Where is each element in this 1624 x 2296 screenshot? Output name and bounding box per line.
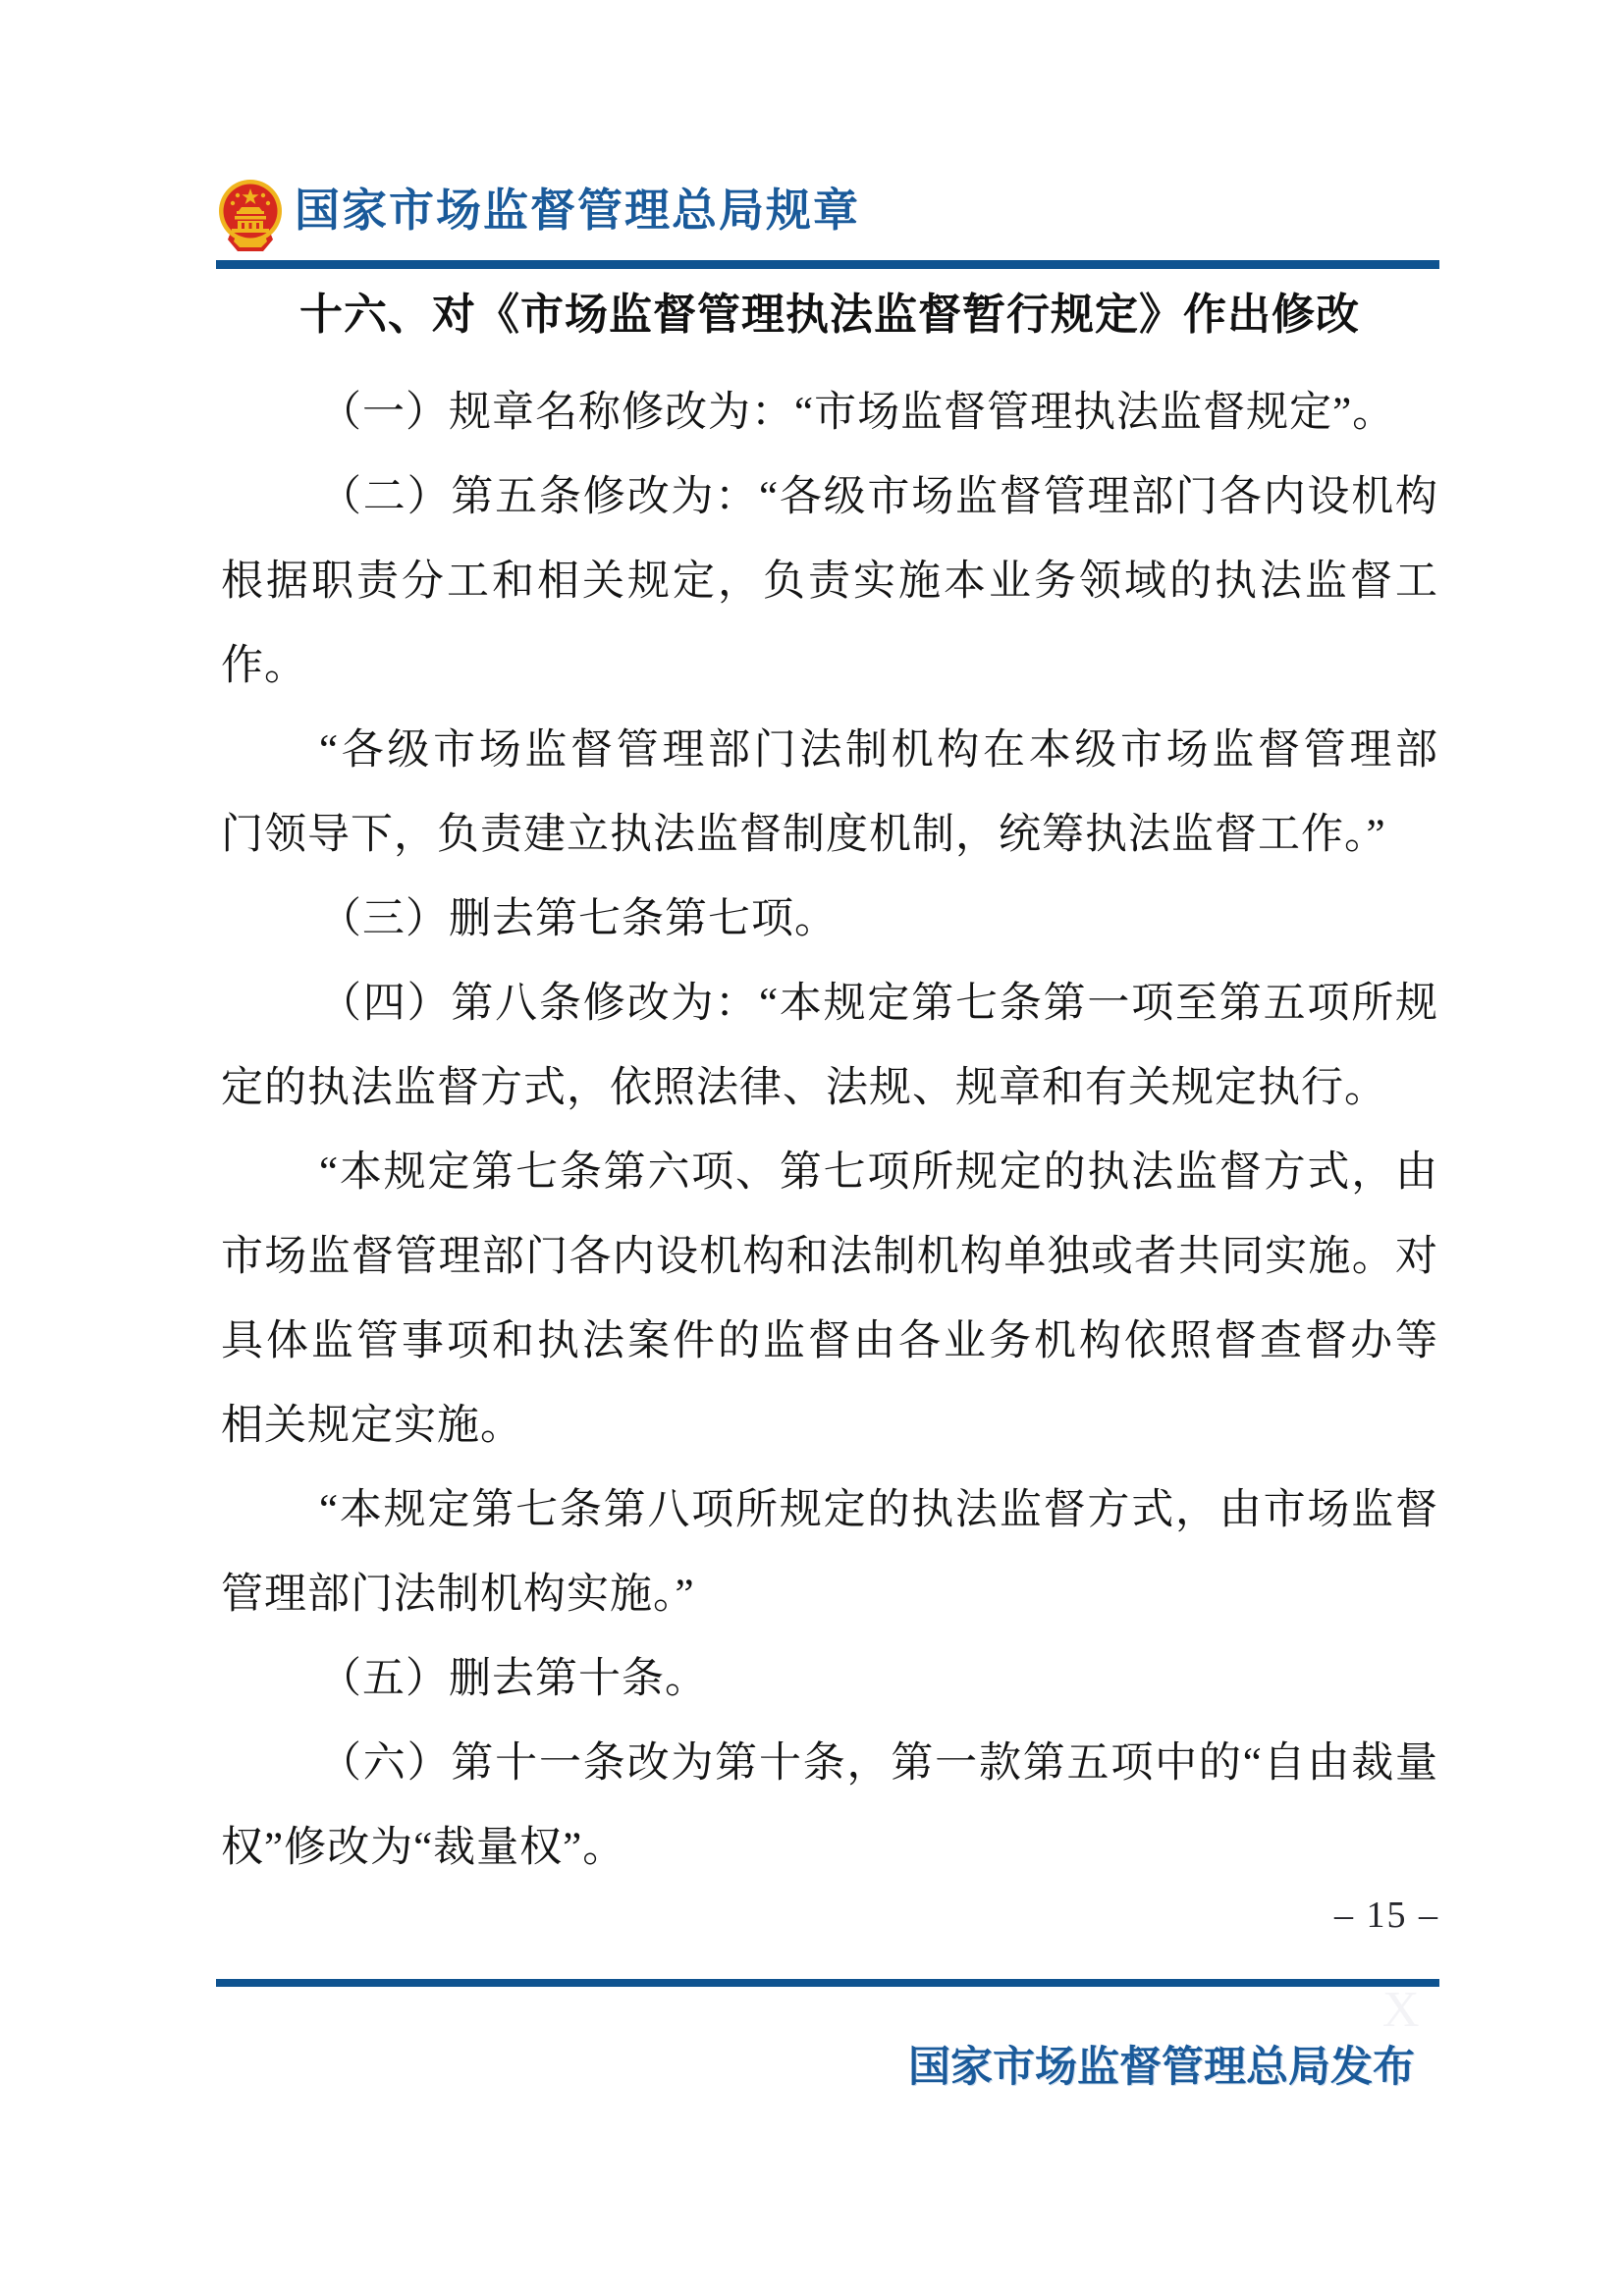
- body-line: “各级市场监督管理部门法制机构在本级市场监督管理部: [221, 713, 1438, 797]
- body-line: 门领导下，负责建立执法监督制度机制，统筹执法监督工作。”: [221, 797, 1438, 881]
- china-national-emblem-icon: [218, 179, 283, 251]
- body-line: 相关规定实施。: [221, 1388, 1438, 1472]
- footer-publisher: 国家市场监督管理总局发布: [908, 2042, 1438, 2093]
- header-rule: [216, 260, 1439, 269]
- body-line: （六）第十一条改为第十条，第一款第五项中的“自由裁量: [221, 1726, 1438, 1810]
- body-line: 市场监督管理部门各内设机构和法制机构单独或者共同实施。对: [221, 1219, 1438, 1304]
- footer-rule: [216, 1979, 1439, 1987]
- body-line: 根据职责分工和相关规定，负责实施本业务领域的执法监督工: [221, 544, 1438, 628]
- body-line: （四）第八条修改为：“本规定第七条第一项至第五项所规: [221, 966, 1438, 1050]
- header-title: 国家市场监督管理总局规章: [295, 183, 1178, 238]
- body-line: 具体监管事项和执法案件的监督由各业务机构依照督查督办等: [221, 1304, 1438, 1388]
- body-line: 管理部门法制机构实施。”: [221, 1557, 1438, 1641]
- body-line: （二）第五条修改为：“各级市场监督管理部门各内设机构: [221, 459, 1438, 544]
- watermark-x: X: [1382, 1981, 1441, 2040]
- body-line: 定的执法监督方式，依照法律、法规、规章和有关规定执行。: [221, 1050, 1438, 1135]
- page-number: – 15 –: [1218, 1893, 1439, 1938]
- body-line: （一）规章名称修改为：“市场监督管理执法监督规定”。: [221, 375, 1438, 459]
- body-line: 作。: [221, 628, 1438, 713]
- body-line: （五）删去第十条。: [221, 1641, 1438, 1726]
- document-body: （一）规章名称修改为：“市场监督管理执法监督规定”。（二）第五条修改为：“各级市…: [221, 375, 1438, 1895]
- document-page: 国家市场监督管理总局规章 十六、对《市场监督管理执法监督暂行规定》作出修改 （一…: [0, 0, 1624, 2296]
- body-line: （三）删去第七条第七项。: [221, 881, 1438, 966]
- body-line: “本规定第七条第八项所规定的执法监督方式，由市场监督: [221, 1472, 1438, 1557]
- body-line: “本规定第七条第六项、第七项所规定的执法监督方式，由: [221, 1135, 1438, 1219]
- section-title: 十六、对《市场监督管理执法监督暂行规定》作出修改: [221, 287, 1438, 344]
- body-line: 权”修改为“裁量权”。: [221, 1810, 1438, 1895]
